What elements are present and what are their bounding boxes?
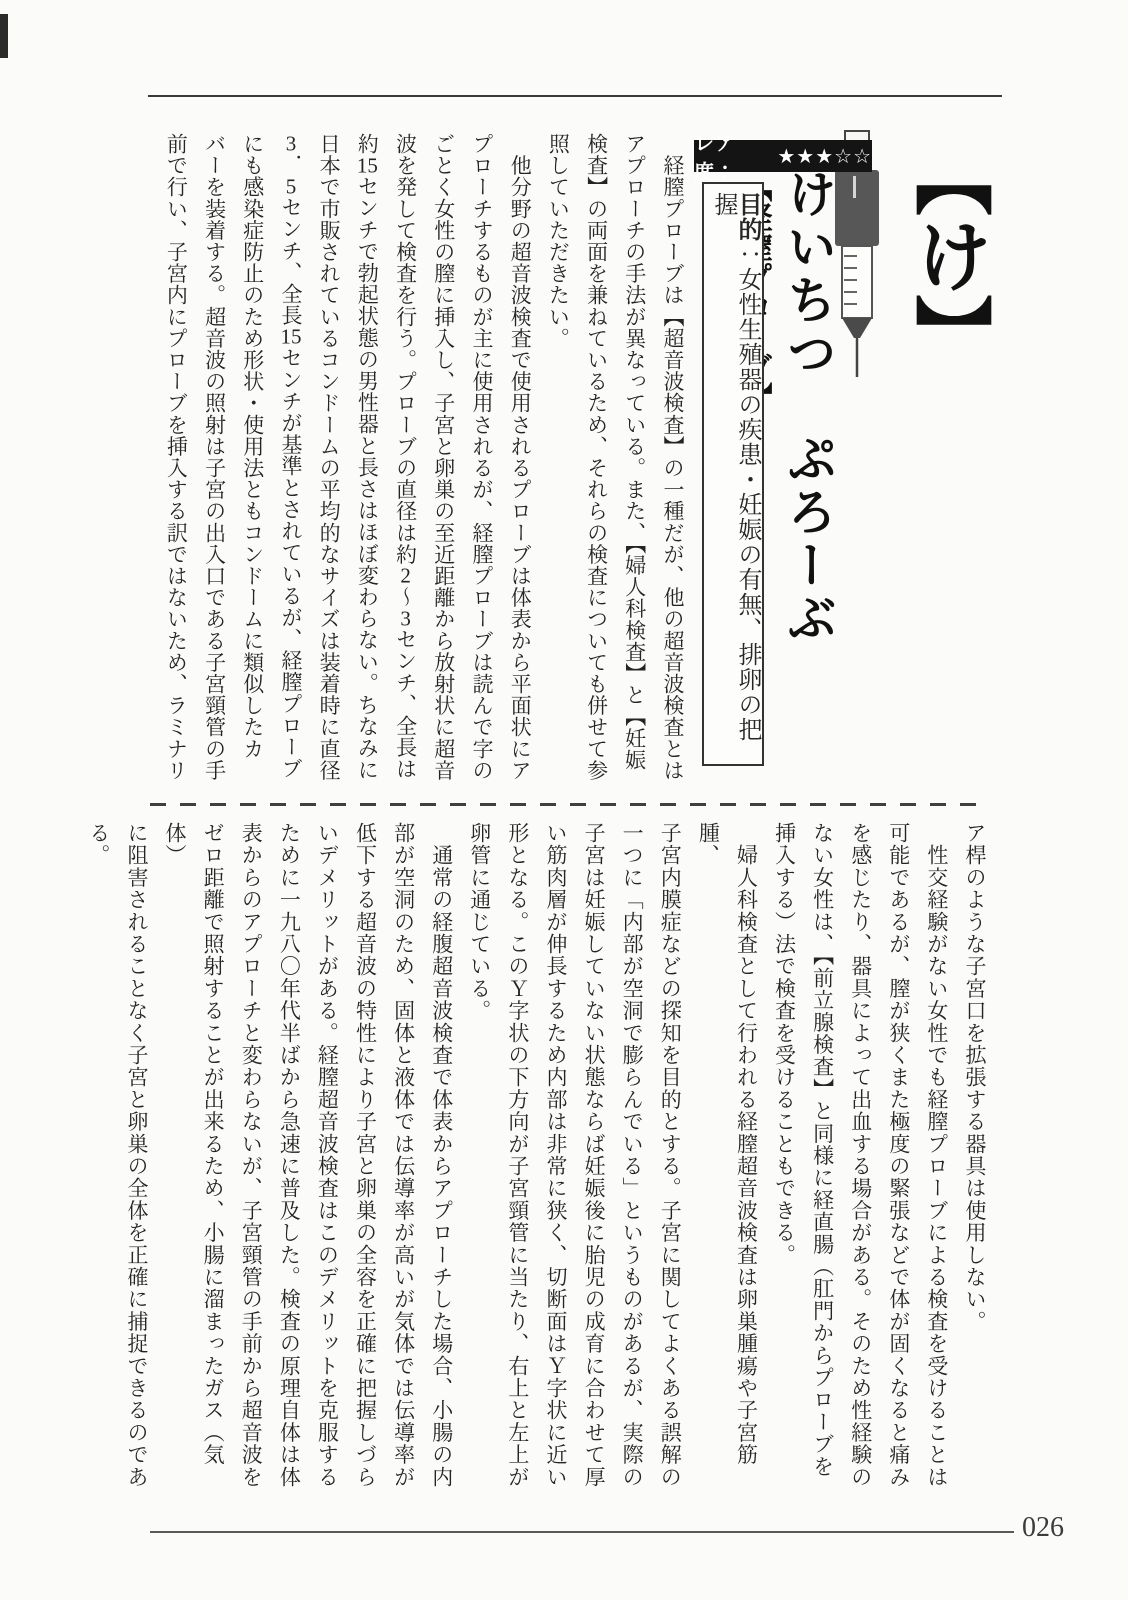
entry-title-kana: けいちつ ぷろーぶ [780, 168, 836, 645]
article-text-bottom: ア桿のような子宮口を拡張する器具は使用しない。 性交経験がない女性でも経膣プロー… [156, 822, 994, 1494]
bottom-rule [150, 1531, 1014, 1533]
purpose-box: 目的：女性生殖器の疾患・妊娠の有無、排卵の把握 [702, 182, 764, 766]
article-text-top: 経膣プローブは【超音波検査】の一種だが、他の超音波検査とは アプローチの手法が異… [158, 133, 692, 785]
page-edge-mark [0, 14, 8, 58]
rarity-stars: ★★★☆☆ [777, 144, 872, 169]
top-rule [148, 95, 1002, 97]
dashed-divider [150, 803, 990, 806]
purpose-text: ：女性生殖器の疾患・妊娠の有無、排卵の把握 [710, 192, 760, 742]
page-number: 026 [1022, 1512, 1064, 1544]
book-page: 【け】 レア度：★★★☆☆ けいちつ ぷろーぶ 【経膣プローブ】 目的：女性生殖… [0, 0, 1128, 1600]
section-index-kana: 【け】 [908, 138, 986, 372]
purpose-label: 目的 [734, 192, 760, 242]
